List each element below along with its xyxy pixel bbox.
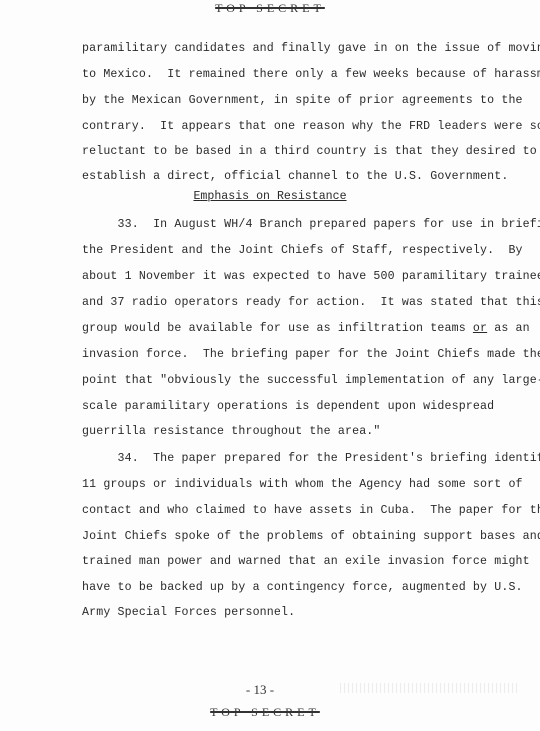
text-line: reluctant to be based in a third country… <box>82 145 537 158</box>
text-line: Army Special Forces personnel. <box>82 606 295 619</box>
text-line: scale paramilitary operations is depende… <box>82 400 494 413</box>
text-line: point that "obviously the successful imp… <box>82 374 540 387</box>
underlined-word: or <box>473 322 487 335</box>
classification-marking-bottom: TOP SECRET <box>0 705 535 720</box>
text-segment: as an <box>487 322 530 335</box>
text-line: group would be available for use as infi… <box>82 322 530 335</box>
document-page: TOP SECRET paramilitary candidates and f… <box>0 0 540 731</box>
paragraph-34-start: 34. The paper prepared for the President… <box>82 452 540 465</box>
text-line: guerrilla resistance throughout the area… <box>82 425 381 438</box>
text-line: contrary. It appears that one reason why… <box>82 120 540 133</box>
text-line: and 37 radio operators ready for action.… <box>82 296 540 309</box>
text-line: about 1 November it was expected to have… <box>82 270 540 283</box>
text-line: trained man power and warned that an exi… <box>82 555 530 568</box>
text-line: by the Mexican Government, in spite of p… <box>82 94 523 107</box>
text-line: establish a direct, official channel to … <box>82 170 508 183</box>
section-heading: Emphasis on Resistance <box>0 190 540 203</box>
text-line: the President and the Joint Chiefs of St… <box>82 244 523 257</box>
text-segment: group would be available for use as infi… <box>82 322 473 335</box>
text-line: Joint Chiefs spoke of the problems of ob… <box>82 530 540 543</box>
text-line: to Mexico. It remained there only a few … <box>82 68 540 81</box>
page-number: - 13 - <box>0 682 520 698</box>
text-line: contact and who claimed to have assets i… <box>82 504 540 517</box>
text-line: 11 groups or individuals with whom the A… <box>82 478 523 491</box>
classification-marking-top: TOP SECRET <box>0 1 540 16</box>
text-line: invasion force. The briefing paper for t… <box>82 348 540 361</box>
paragraph-33-start: 33. In August WH/4 Branch prepared paper… <box>82 218 540 231</box>
text-line: have to be backed up by a contingency fo… <box>82 581 523 594</box>
text-line: paramilitary candidates and finally gave… <box>82 42 540 55</box>
